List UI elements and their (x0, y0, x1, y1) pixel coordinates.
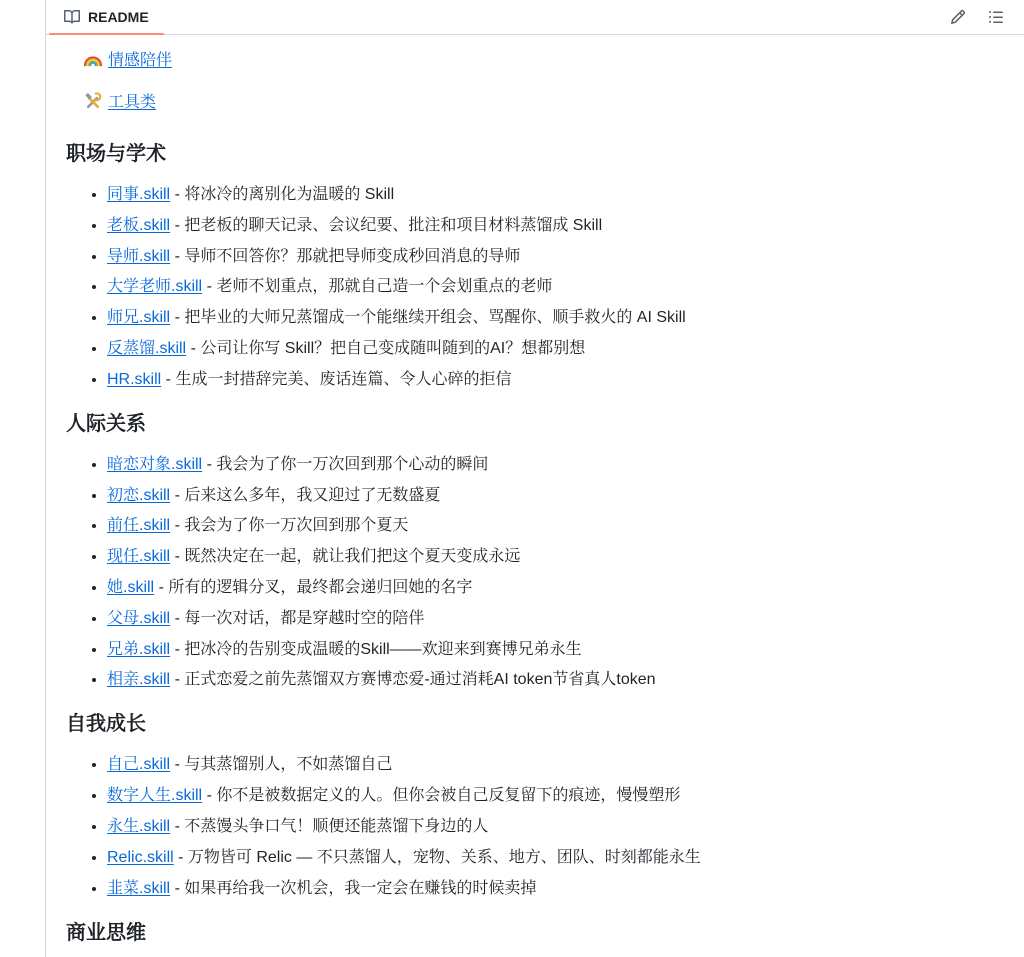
tab-readme[interactable]: README (46, 0, 167, 34)
separator: - (202, 278, 216, 295)
separator: - (170, 248, 184, 265)
skill-link[interactable]: 兄弟.skill (107, 641, 170, 658)
quick-link-row: 情感陪伴 (83, 49, 1000, 73)
skill-description: 把毕业的大师兄蒸馏成一个能继续开组会、骂醒你、顺手救火的 AI Skill (184, 309, 685, 326)
skill-list-item: 导师.skill - 导师不回答你？那就把导师变成秒回消息的导师 (107, 245, 1000, 269)
skill-list-item: 大学老师.skill - 老师不划重点，那就自己造一个会划重点的老师 (107, 275, 1000, 299)
quick-link-row: 工具类 (83, 91, 1000, 115)
list-unordered-icon (988, 9, 1004, 25)
skill-link[interactable]: 师兄.skill (107, 309, 170, 326)
separator: - (170, 487, 184, 504)
readme-section: 职场与学术 同事.skill - 将冰冷的离别化为温暖的 Skill 老板.sk… (66, 141, 1000, 392)
header-actions (944, 0, 1024, 34)
readme-header: README (46, 0, 1024, 35)
section-heading: 商业思维 (66, 920, 1000, 946)
edit-readme-button[interactable] (944, 3, 972, 31)
skill-link[interactable]: 暗恋对象.skill (107, 456, 202, 473)
skill-link[interactable]: Relic.skill (107, 849, 174, 866)
skill-list: 自己.skill - 与其蒸馏别人，不如蒸馏自己 数字人生.skill - 你不… (66, 753, 1000, 900)
skill-list-item: 反蒸馏.skill - 公司让你写 Skill？把自己变成随叫随到的AI？想都别… (107, 337, 1000, 361)
skill-list-item: 同事.skill - 将冰冷的离别化为温暖的 Skill (107, 183, 1000, 207)
skill-description: 后来这么多年，我又迎过了无数盛夏 (184, 487, 440, 504)
skill-link[interactable]: 同事.skill (107, 186, 170, 203)
skill-link[interactable]: 老板.skill (107, 217, 170, 234)
link-tools-category[interactable]: 工具类 (83, 94, 156, 111)
separator: - (202, 787, 216, 804)
skill-link[interactable]: 初恋.skill (107, 487, 170, 504)
hammer-wrench-emoji-icon (83, 91, 103, 111)
skill-link[interactable]: 前任.skill (107, 517, 170, 534)
skill-description: 把老板的聊天记录、会议纪要、批注和项目材料蒸馏成 Skill (184, 217, 602, 234)
book-icon (64, 9, 80, 25)
skill-list-item: 现任.skill - 既然决定在一起，就让我们把这个夏天变成永远 (107, 545, 1000, 569)
section-heading: 职场与学术 (66, 141, 1000, 167)
skill-list-item: 相亲.skill - 正式恋爱之前先蒸馏双方赛博恋爱-通过消耗AI token节… (107, 668, 1000, 692)
skill-description: 把冰冷的告别变成温暖的Skill——欢迎来到赛博兄弟永生 (184, 641, 581, 658)
readme-section: 商业思维 (66, 920, 1000, 946)
skill-description: 我会为了你一万次回到那个夏天 (184, 517, 408, 534)
skill-list-item: 数字人生.skill - 你不是被数据定义的人。但你会被自己反复留下的痕迹，慢慢… (107, 784, 1000, 808)
readme-section: 自我成长 自己.skill - 与其蒸馏别人，不如蒸馏自己 数字人生.skill… (66, 711, 1000, 900)
skill-description: 我会为了你一万次回到那个心动的瞬间 (216, 456, 488, 473)
skill-list-item: 自己.skill - 与其蒸馏别人，不如蒸馏自己 (107, 753, 1000, 777)
separator: - (170, 756, 184, 773)
skill-description: 如果再给我一次机会，我一定会在赚钱的时候卖掉 (184, 880, 536, 897)
quick-link-label: 工具类 (108, 94, 156, 111)
skill-list-item: Relic.skill - 万物皆可 Relic — 不只蒸馏人，宠物、关系、地… (107, 846, 1000, 870)
separator: - (170, 818, 184, 835)
skill-list: 同事.skill - 将冰冷的离别化为温暖的 Skill 老板.skill - … (66, 183, 1000, 392)
section-heading: 自我成长 (66, 711, 1000, 737)
skill-link[interactable]: 反蒸馏.skill (107, 340, 186, 357)
separator: - (174, 849, 188, 866)
skill-list-item: 老板.skill - 把老板的聊天记录、会议纪要、批注和项目材料蒸馏成 Skil… (107, 214, 1000, 238)
separator: - (170, 548, 184, 565)
skill-list-item: 暗恋对象.skill - 我会为了你一万次回到那个心动的瞬间 (107, 453, 1000, 477)
skill-link[interactable]: 她.skill (107, 579, 154, 596)
outline-toggle-button[interactable] (982, 3, 1010, 31)
skill-description: 每一次对话，都是穿越时空的陪伴 (184, 610, 424, 627)
skill-description: 既然决定在一起，就让我们把这个夏天变成永远 (184, 548, 520, 565)
rainbow-emoji-icon (83, 49, 103, 69)
separator: - (161, 371, 175, 388)
quick-link-label: 情感陪伴 (108, 52, 172, 69)
separator: - (170, 309, 184, 326)
skill-list-item: 韭菜.skill - 如果再给我一次机会，我一定会在赚钱的时候卖掉 (107, 877, 1000, 901)
skill-link[interactable]: 数字人生.skill (107, 787, 202, 804)
skill-description: 公司让你写 Skill？把自己变成随叫随到的AI？想都别想 (200, 340, 585, 357)
skill-link[interactable]: 韭菜.skill (107, 880, 170, 897)
separator: - (186, 340, 200, 357)
readme-section: 人际关系 暗恋对象.skill - 我会为了你一万次回到那个心动的瞬间 初恋.s… (66, 411, 1000, 693)
separator: - (170, 610, 184, 627)
pencil-icon (950, 9, 966, 25)
section-heading: 人际关系 (66, 411, 1000, 437)
skill-description: 导师不回答你？那就把导师变成秒回消息的导师 (184, 248, 520, 265)
skill-list-item: HR.skill - 生成一封措辞完美、废话连篇、令人心碎的拒信 (107, 368, 1000, 392)
skill-link[interactable]: 自己.skill (107, 756, 170, 773)
skill-link[interactable]: 导师.skill (107, 248, 170, 265)
separator: - (170, 641, 184, 658)
skill-description: 正式恋爱之前先蒸馏双方赛博恋爱-通过消耗AI token节省真人token (184, 671, 655, 688)
separator: - (170, 186, 184, 203)
separator: - (170, 217, 184, 234)
skill-link[interactable]: 现任.skill (107, 548, 170, 565)
separator: - (170, 880, 184, 897)
tab-readme-label: README (88, 9, 149, 25)
skill-list-item: 师兄.skill - 把毕业的大师兄蒸馏成一个能继续开组会、骂醒你、顺手救火的 … (107, 306, 1000, 330)
skill-link[interactable]: 相亲.skill (107, 671, 170, 688)
skill-description: 老师不划重点，那就自己造一个会划重点的老师 (216, 278, 552, 295)
skill-list-item: 前任.skill - 我会为了你一万次回到那个夏天 (107, 514, 1000, 538)
skill-link[interactable]: 父母.skill (107, 610, 170, 627)
skill-description: 生成一封措辞完美、废话连篇、令人心碎的拒信 (175, 371, 511, 388)
separator: - (170, 517, 184, 534)
link-emotional-companion[interactable]: 情感陪伴 (83, 52, 172, 69)
skill-description: 所有的逻辑分叉，最终都会递归回她的名字 (168, 579, 472, 596)
separator: - (154, 579, 168, 596)
skill-description: 将冰冷的离别化为温暖的 Skill (184, 186, 394, 203)
skill-list-item: 永生.skill - 不蒸馒头争口气！顺便还能蒸馏下身边的人 (107, 815, 1000, 839)
skill-description: 万物皆可 Relic — 不只蒸馏人，宠物、关系、地方、团队、时刻都能永生 (188, 849, 701, 866)
skill-list-item: 兄弟.skill - 把冰冷的告别变成温暖的Skill——欢迎来到赛博兄弟永生 (107, 638, 1000, 662)
skill-list-item: 父母.skill - 每一次对话，都是穿越时空的陪伴 (107, 607, 1000, 631)
separator: - (202, 456, 216, 473)
skill-link[interactable]: 大学老师.skill (107, 278, 202, 295)
skill-link[interactable]: 永生.skill (107, 818, 170, 835)
skill-list-item: 初恋.skill - 后来这么多年，我又迎过了无数盛夏 (107, 484, 1000, 508)
readme-sections: 职场与学术 同事.skill - 将冰冷的离别化为温暖的 Skill 老板.sk… (66, 141, 1000, 946)
skill-description: 不蒸馒头争口气！顺便还能蒸馏下身边的人 (184, 818, 488, 835)
readme-content: 情感陪伴 工具类 职场与学术 同事.skill - 将冰冷的离别化为温暖的 Sk… (46, 35, 1024, 946)
readme-panel: README 情感陪伴 工具类 职场与学术 同事.skill - 将冰冷的离 (45, 0, 1024, 957)
skill-link[interactable]: HR.skill (107, 371, 161, 388)
skill-description: 你不是被数据定义的人。但你会被自己反复留下的痕迹，慢慢塑形 (216, 787, 680, 804)
skill-description: 与其蒸馏别人，不如蒸馏自己 (184, 756, 392, 773)
separator: - (170, 671, 184, 688)
skill-list: 暗恋对象.skill - 我会为了你一万次回到那个心动的瞬间 初恋.skill … (66, 453, 1000, 693)
skill-list-item: 她.skill - 所有的逻辑分叉，最终都会递归回她的名字 (107, 576, 1000, 600)
